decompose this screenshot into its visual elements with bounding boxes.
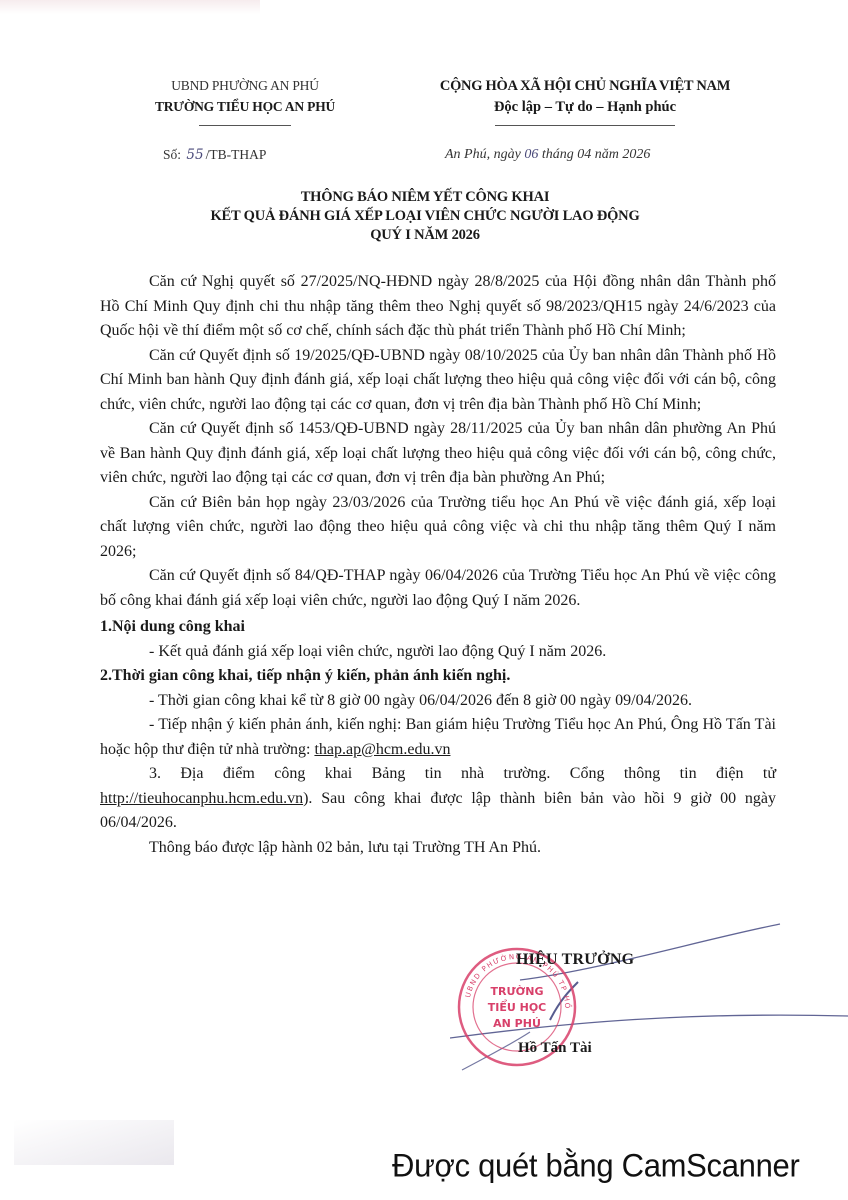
- motto-underline: [495, 125, 675, 126]
- scan-shadow-bottom: [14, 1120, 174, 1165]
- section-2-time: - Thời gian công khai kể từ 8 giờ 00 ngà…: [100, 689, 776, 714]
- nation-name: CỘNG HÒA XÃ HỘI CHỦ NGHĨA VIỆT NAM: [385, 76, 785, 96]
- basis-paragraph: Căn cứ Biên bản họp ngày 23/03/2026 của …: [100, 491, 776, 565]
- date-prefix: An Phú, ngày: [445, 147, 521, 162]
- closing-note: Thông báo được lập hành 02 bản, lưu tại …: [100, 836, 776, 861]
- place-and-date: An Phú, ngày 06 tháng 04 năm 2026: [445, 147, 650, 163]
- title-line-1: THÔNG BÁO NIÊM YẾT CÔNG KHAI: [120, 188, 730, 207]
- date-suffix: tháng 04 năm 2026: [542, 147, 651, 162]
- svg-text:TRƯỜNG: TRƯỜNG: [490, 985, 543, 998]
- agency-underline: [199, 125, 291, 126]
- section-1-item: - Kết quả đánh giá xếp loại viên chức, n…: [100, 640, 776, 665]
- national-motto: Độc lập – Tự do – Hạnh phúc: [385, 96, 785, 118]
- svg-text:TIỂU HỌC: TIỂU HỌC: [488, 999, 547, 1014]
- document-page: UBND PHƯỜNG AN PHÚ TRƯỜNG TIỂU HỌC AN PH…: [0, 0, 848, 1200]
- basis-paragraph: Căn cứ Quyết định số 84/QĐ-THAP ngày 06/…: [100, 564, 776, 613]
- section-2-feedback: - Tiếp nhận ý kiến phản ánh, kiến nghị: …: [100, 713, 776, 762]
- section-3-location: 3. Địa điểm công khai Bảng tin nhà trườn…: [100, 762, 776, 836]
- basis-paragraph: Căn cứ Quyết định số 1453/QĐ-UBND ngày 2…: [100, 417, 776, 491]
- title-line-2: KẾT QUẢ ĐÁNH GIÁ XẾP LOẠI VIÊN CHỨC NGƯỜ…: [120, 207, 730, 226]
- national-header-block: CỘNG HÒA XÃ HỘI CHỦ NGHĨA VIỆT NAM Độc l…: [385, 76, 785, 126]
- doc-number-handwritten: 55: [186, 147, 203, 163]
- school-email-link[interactable]: thap.ap@hcm.edu.vn: [314, 741, 450, 758]
- location-text: 3. Địa điểm công khai Bảng tin nhà trườn…: [149, 765, 776, 782]
- camscanner-watermark: Được quét bằng CamScanner: [392, 1147, 800, 1185]
- document-body: Căn cứ Nghị quyết số 27/2025/NQ-HĐND ngà…: [100, 270, 776, 860]
- issuing-agency-block: UBND PHƯỜNG AN PHÚ TRƯỜNG TIỂU HỌC AN PH…: [120, 76, 370, 126]
- section-2-heading: 2.Thời gian công khai, tiếp nhận ý kiến,…: [100, 664, 776, 689]
- document-number: Số: 55/TB-THAP: [163, 147, 266, 163]
- school-name: TRƯỜNG TIỂU HỌC AN PHÚ: [120, 96, 370, 118]
- svg-text:AN PHÚ: AN PHÚ: [493, 1017, 541, 1030]
- agency-name: UBND PHƯỜNG AN PHÚ: [120, 76, 370, 96]
- signatory-title: HIỆU TRƯỞNG: [516, 951, 634, 969]
- section-1-heading: 1.Nội dung công khai: [100, 615, 776, 640]
- basis-paragraph: Căn cứ Nghị quyết số 27/2025/NQ-HĐND ngà…: [100, 270, 776, 344]
- scan-shadow-top: [0, 0, 260, 14]
- signatory-name: Hồ Tấn Tài: [518, 1040, 592, 1057]
- school-portal-link[interactable]: http://tieuhocanphu.hcm.edu.vn: [100, 790, 303, 807]
- title-line-3: QUÝ I NĂM 2026: [120, 226, 730, 245]
- basis-paragraph: Căn cứ Quyết định số 19/2025/QĐ-UBND ngà…: [100, 344, 776, 418]
- doc-number-suffix: /TB-THAP: [206, 147, 267, 162]
- doc-number-label: Số:: [163, 147, 181, 162]
- date-day-handwritten: 06: [524, 147, 538, 162]
- document-title: THÔNG BÁO NIÊM YẾT CÔNG KHAI KẾT QUẢ ĐÁN…: [120, 188, 730, 245]
